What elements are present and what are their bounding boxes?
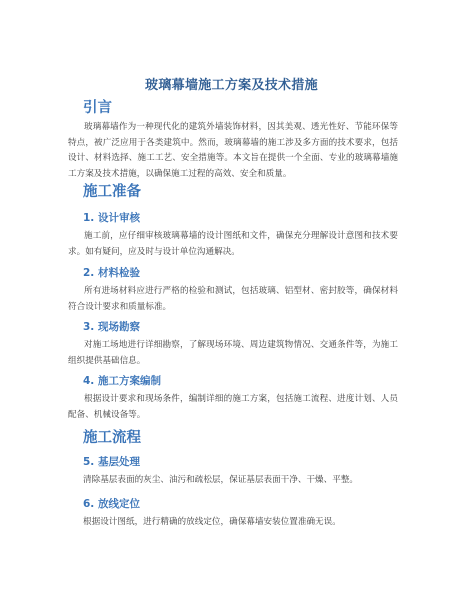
subheading-layout-positioning: 6. 放线定位 [83, 496, 140, 511]
subheading-base-treatment: 5. 基层处理 [83, 454, 140, 469]
paragraph-material-inspection: 所有进场材料应进行严格的检验和测试，包括玻璃、铝型材、密封胶等，确保材料符合设计… [68, 284, 398, 315]
section-heading-process: 施工流程 [83, 426, 141, 447]
paragraph-design-review: 施工前，应仔细审核玻璃幕墙的设计图纸和文件，确保充分理解设计意图和技术要求。如有… [68, 229, 398, 260]
intro-paragraph: 玻璃幕墙作为一种现代化的建筑外墙装饰材料，因其美观、透光性好、节能环保等特点，被… [68, 120, 398, 182]
paragraph-construction-plan: 根据设计要求和现场条件，编制详细的施工方案，包括施工流程、进度计划、人员配备、机… [68, 392, 398, 423]
section-heading-intro: 引言 [83, 96, 112, 117]
subheading-site-survey: 3. 现场勘察 [83, 319, 140, 334]
paragraph-site-survey: 对施工场地进行详细勘察，了解现场环境、周边建筑物情况、交通条件等，为施工组织提供… [68, 338, 398, 369]
subheading-design-review: 1. 设计审核 [83, 210, 140, 225]
subheading-material-inspection: 2. 材料检验 [83, 265, 140, 280]
document-title: 玻璃幕墙施工方案及技术措施 [0, 74, 463, 93]
document-page: 玻璃幕墙施工方案及技术措施 引言 玻璃幕墙作为一种现代化的建筑外墙装饰材料，因其… [0, 0, 463, 600]
paragraph-layout-positioning: 根据设计图纸，进行精确的放线定位，确保幕墙安装位置准确无误。 [83, 515, 403, 531]
section-heading-preparation: 施工准备 [83, 180, 141, 201]
subheading-construction-plan: 4. 施工方案编制 [83, 373, 161, 388]
paragraph-base-treatment: 清除基层表面的灰尘、油污和疏松层，保证基层表面干净、干燥、平整。 [83, 473, 403, 489]
